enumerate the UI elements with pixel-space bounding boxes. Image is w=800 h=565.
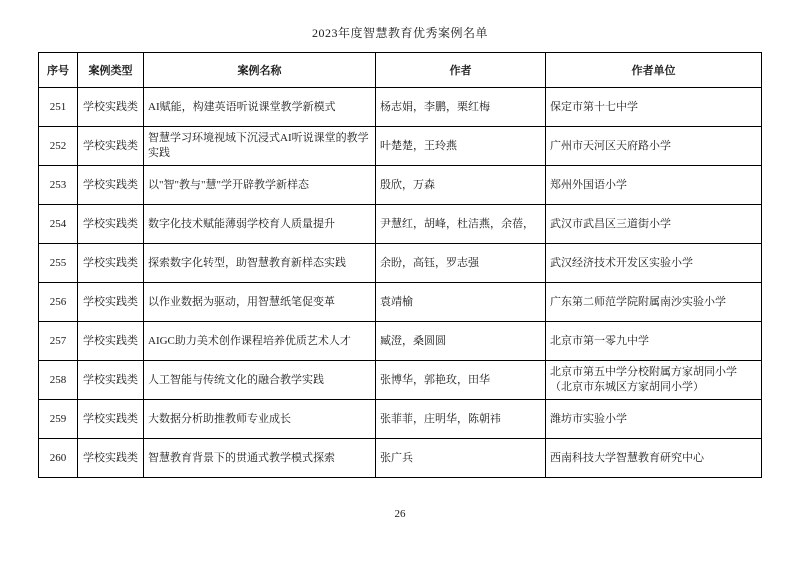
cell-authors: 臧澄，桑圆圆 [376, 322, 546, 361]
cell-unit: 广东第二师范学院附属南沙实验小学 [546, 283, 762, 322]
table-row: 254 学校实践类 数字化技术赋能薄弱学校育人质量提升 尹慧红，胡峰，杜洁燕，余… [39, 205, 762, 244]
cell-title: 大数据分析助推教师专业成长 [144, 400, 376, 439]
table-row: 252 学校实践类 智慧学习环境视域下沉浸式AI听说课堂的教学实践 叶楚楚，王玲… [39, 127, 762, 166]
cell-authors: 余盼，高钰，罗志强 [376, 244, 546, 283]
cell-no: 258 [39, 361, 78, 400]
table-row: 251 学校实践类 AI赋能，构建英语听说课堂教学新模式 杨志娟，李鹏，栗红梅 … [39, 88, 762, 127]
cell-no: 256 [39, 283, 78, 322]
cell-no: 252 [39, 127, 78, 166]
cell-no: 251 [39, 88, 78, 127]
header-cell-no: 序号 [39, 53, 78, 88]
cell-type: 学校实践类 [78, 361, 144, 400]
cell-type: 学校实践类 [78, 244, 144, 283]
table-row: 260 学校实践类 智慧教育背景下的贯通式教学模式探索 张广兵 西南科技大学智慧… [39, 439, 762, 478]
table-body: 251 学校实践类 AI赋能，构建英语听说课堂教学新模式 杨志娟，李鹏，栗红梅 … [39, 88, 762, 478]
table-row: 258 学校实践类 人工智能与传统文化的融合教学实践 张博华，郭艳玫，田华 北京… [39, 361, 762, 400]
cell-unit: 北京市第五中学分校附属方家胡同小学（北京市东城区方家胡同小学） [546, 361, 762, 400]
cell-title: 智慧学习环境视域下沉浸式AI听说课堂的教学实践 [144, 127, 376, 166]
cell-type: 学校实践类 [78, 166, 144, 205]
cell-authors: 殷欣，万森 [376, 166, 546, 205]
cell-unit: 武汉经济技术开发区实验小学 [546, 244, 762, 283]
cell-title: 人工智能与传统文化的融合教学实践 [144, 361, 376, 400]
header-cell-title: 案例名称 [144, 53, 376, 88]
cell-no: 257 [39, 322, 78, 361]
cell-authors: 尹慧红，胡峰，杜洁燕，余蓓， [376, 205, 546, 244]
cell-authors: 袁靖榆 [376, 283, 546, 322]
cell-type: 学校实践类 [78, 322, 144, 361]
cell-title: 以"智"教与"慧"学开辟教学新样态 [144, 166, 376, 205]
cell-unit: 保定市第十七中学 [546, 88, 762, 127]
cell-unit: 潍坊市实验小学 [546, 400, 762, 439]
cell-unit: 西南科技大学智慧教育研究中心 [546, 439, 762, 478]
cell-title: 智慧教育背景下的贯通式教学模式探索 [144, 439, 376, 478]
cell-title: 以作业数据为驱动，用智慧纸笔促变革 [144, 283, 376, 322]
cell-no: 253 [39, 166, 78, 205]
cell-type: 学校实践类 [78, 439, 144, 478]
cell-title: AIGC助力美术创作课程培养优质艺术人才 [144, 322, 376, 361]
page-title: 2023年度智慧教育优秀案例名单 [0, 24, 800, 41]
table-row: 253 学校实践类 以"智"教与"慧"学开辟教学新样态 殷欣，万森 郑州外国语小… [39, 166, 762, 205]
table-row: 257 学校实践类 AIGC助力美术创作课程培养优质艺术人才 臧澄，桑圆圆 北京… [39, 322, 762, 361]
cell-title: 数字化技术赋能薄弱学校育人质量提升 [144, 205, 376, 244]
cell-unit: 北京市第一零九中学 [546, 322, 762, 361]
cell-authors: 张博华，郭艳玫，田华 [376, 361, 546, 400]
cell-type: 学校实践类 [78, 205, 144, 244]
header-cell-authors: 作者 [376, 53, 546, 88]
cell-no: 255 [39, 244, 78, 283]
cell-authors: 张广兵 [376, 439, 546, 478]
cell-no: 254 [39, 205, 78, 244]
table-row: 259 学校实践类 大数据分析助推教师专业成长 张菲菲，庄明华，陈朝祎 潍坊市实… [39, 400, 762, 439]
cases-table: 序号 案例类型 案例名称 作者 作者单位 251 学校实践类 AI赋能，构建英语… [38, 52, 762, 478]
cell-type: 学校实践类 [78, 400, 144, 439]
cell-unit: 广州市天河区天府路小学 [546, 127, 762, 166]
cell-title: 探索数字化转型，助智慧教育新样态实践 [144, 244, 376, 283]
cell-authors: 叶楚楚，王玲燕 [376, 127, 546, 166]
cell-authors: 张菲菲，庄明华，陈朝祎 [376, 400, 546, 439]
cell-type: 学校实践类 [78, 88, 144, 127]
cell-type: 学校实践类 [78, 283, 144, 322]
page-number: 26 [0, 508, 800, 520]
cell-no: 259 [39, 400, 78, 439]
header-cell-type: 案例类型 [78, 53, 144, 88]
cell-title: AI赋能，构建英语听说课堂教学新模式 [144, 88, 376, 127]
cell-authors: 杨志娟，李鹏，栗红梅 [376, 88, 546, 127]
table-row: 255 学校实践类 探索数字化转型，助智慧教育新样态实践 余盼，高钰，罗志强 武… [39, 244, 762, 283]
header-cell-unit: 作者单位 [546, 53, 762, 88]
cell-no: 260 [39, 439, 78, 478]
table-row: 256 学校实践类 以作业数据为驱动，用智慧纸笔促变革 袁靖榆 广东第二师范学院… [39, 283, 762, 322]
table-header-row: 序号 案例类型 案例名称 作者 作者单位 [39, 53, 762, 88]
cell-unit: 武汉市武昌区三道街小学 [546, 205, 762, 244]
cell-unit: 郑州外国语小学 [546, 166, 762, 205]
cell-type: 学校实践类 [78, 127, 144, 166]
